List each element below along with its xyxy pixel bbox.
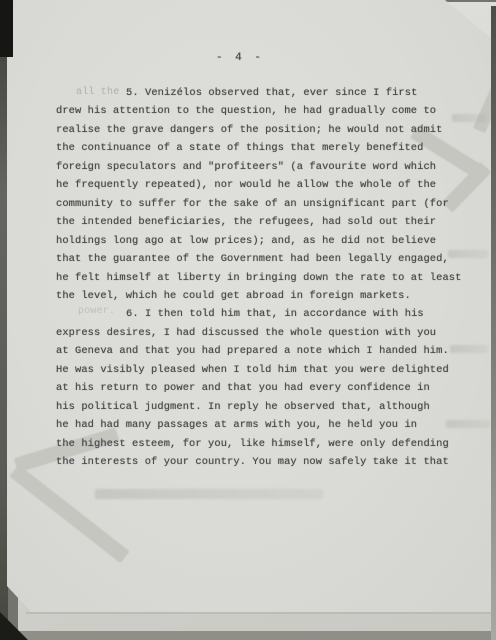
typed-line: express desires, I had discussed the who…: [56, 324, 460, 342]
typed-line: the intended beneficiaries, the refugees…: [56, 213, 460, 231]
typed-line: at Geneva and that you had prepared a no…: [56, 342, 460, 360]
typed-line: he felt himself at liberty in bringing d…: [56, 269, 460, 287]
typed-line: the interests of your country. You may n…: [56, 453, 460, 471]
typed-line: at his return to power and that you had …: [56, 379, 460, 397]
typed-line: the highest esteem, for you, like himsel…: [56, 435, 460, 453]
typed-line: that the guarantee of the Government had…: [56, 250, 460, 268]
typed-line: holdings long ago at low prices); and, a…: [56, 232, 460, 250]
scan-edge-bottom: [0, 631, 496, 640]
typed-text-block: 5. Venizélos observed that, ever since I…: [56, 84, 460, 472]
typed-line: drew his attention to the question, he h…: [56, 102, 460, 120]
typed-line: he had had many passages at arms with yo…: [56, 416, 460, 434]
typed-line: 5. Venizélos observed that, ever since I…: [56, 84, 460, 102]
typed-line: his political judgment. In reply he obse…: [56, 398, 460, 416]
scan-corner-top-left: [0, 0, 13, 57]
ink-smudge: [95, 489, 323, 499]
scanned-document-page: - 4 - 5. Venizélos observed that, ever s…: [0, 0, 496, 640]
typed-line: the level, which he could get abroad in …: [56, 287, 460, 305]
paper-bottom-edge: [26, 612, 492, 614]
typed-line: realise the grave dangers of the positio…: [56, 121, 460, 139]
scan-edge-right: [491, 6, 496, 640]
typed-line: He was visibly pleased when I told him t…: [56, 361, 460, 379]
page-number: - 4 -: [140, 52, 340, 64]
typed-line: community to suffer for the sake of an u…: [56, 195, 460, 213]
typed-line: the continuance of a state of things tha…: [56, 139, 460, 157]
typed-line: 6. I then told him that, in accordance w…: [56, 305, 460, 323]
typed-line: foreign speculators and "profiteers" (a …: [56, 158, 460, 176]
typed-line: he frequently repeated), nor would he al…: [56, 176, 460, 194]
scan-edge-left: [0, 0, 8, 640]
